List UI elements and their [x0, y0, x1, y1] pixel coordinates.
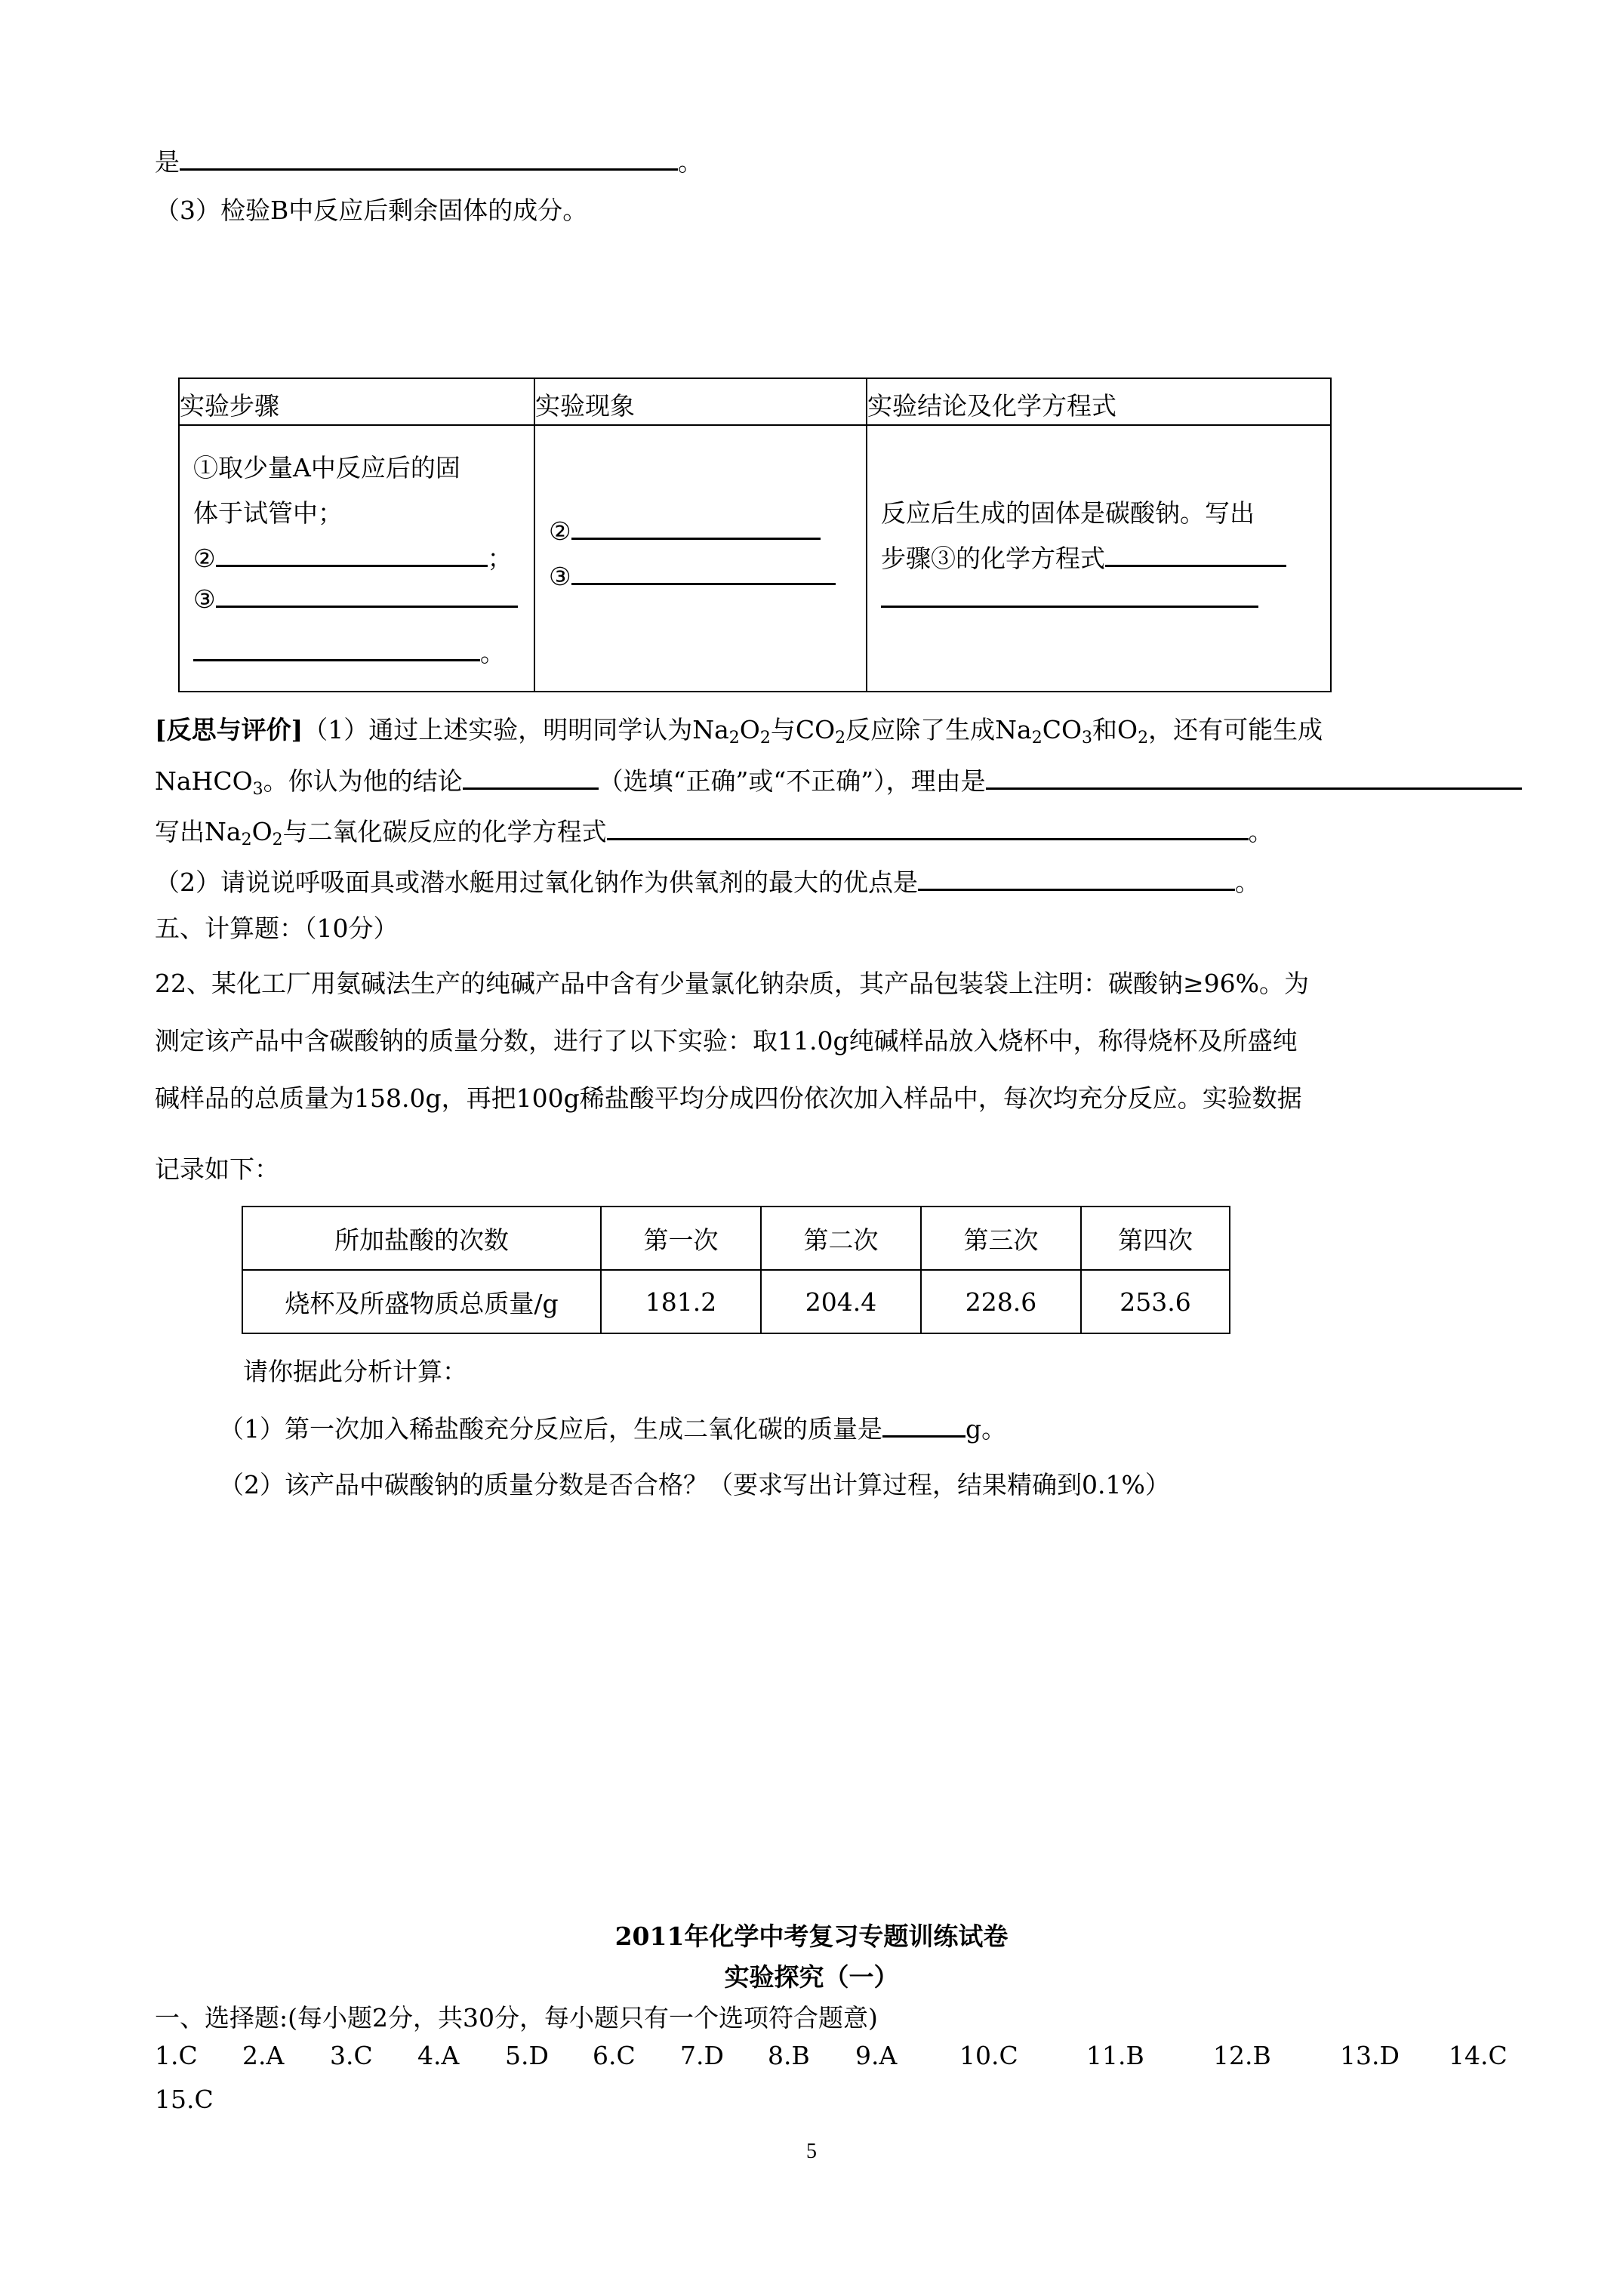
col-trial-1: 第一次 — [601, 1207, 761, 1270]
reaction-equation-blank[interactable] — [607, 837, 1249, 840]
conclusion-blank[interactable] — [463, 787, 599, 790]
steps-cell: ①取少量A中反应后的固 体于试管中； ②； ③ 。 — [179, 425, 534, 692]
mass-value: 204.4 — [761, 1270, 921, 1333]
phenomenon2-blank[interactable] — [571, 537, 821, 540]
problem-22-line-1: 22、某化工厂用氨碱法生产的纯碱产品中含有少量氯化钠杂质，其产品包装袋上注明：碳… — [155, 971, 1309, 996]
fill-blank[interactable] — [180, 168, 678, 171]
question-3: （3）检验B中反应后剩余固体的成分。 — [155, 198, 587, 223]
col-trial-3: 第三次 — [921, 1207, 1081, 1270]
step3-blank[interactable] — [216, 605, 518, 608]
reflection-line-3: 写出Na2O2与二氧化碳反应的化学方程式。 — [155, 819, 1273, 844]
analysis-q2: （2）该产品中碳酸钠的质量分数是否合格？（要求写出计算过程，结果精确到0.1%） — [219, 1472, 1170, 1497]
analysis-q1: （1）第一次加入稀盐酸充分反应后，生成二氧化碳的质量是g。 — [219, 1416, 1006, 1441]
page-number: 5 — [806, 2140, 817, 2164]
header-steps: 实验步骤 — [179, 378, 534, 425]
answer-line-continuation: 是。 — [155, 149, 703, 174]
advantage-blank[interactable] — [918, 888, 1235, 891]
answer-key-section-1: 一、选择题:(每小题2分，共30分，每小题只有一个选项符合题意) — [155, 2005, 878, 2030]
col-trial-2: 第二次 — [761, 1207, 921, 1270]
reason-blank[interactable] — [986, 787, 1522, 790]
problem-22-line-2: 测定该产品中含碳酸钠的质量分数，进行了以下实验：取11.0g纯碱样品放入烧杯中，… — [155, 1028, 1298, 1053]
mass-value: 228.6 — [921, 1270, 1081, 1333]
row-header-trial: 所加盐酸的次数 — [242, 1207, 601, 1270]
header-phenomena: 实验现象 — [534, 378, 867, 425]
section-5-title: 五、计算题：（10分） — [155, 916, 399, 941]
equation-blank-cont[interactable] — [881, 605, 1258, 608]
problem-22-line-4: 记录如下： — [155, 1157, 279, 1182]
reflection-line-1: [反思与评价]（1）通过上述实验，明明同学认为Na2O2与CO2反应除了生成Na… — [155, 717, 1323, 742]
row-header-mass: 烧杯及所盛物质总质量/g — [242, 1270, 601, 1333]
mass-value: 253.6 — [1081, 1270, 1230, 1333]
experiment-table: 实验步骤 实验现象 实验结论及化学方程式 ①取少量A中反应后的固 体于试管中； … — [178, 378, 1332, 692]
reflection-q2: （2）请说说呼吸面具或潜水艇用过氧化钠作为供氧剂的最大的优点是。 — [155, 870, 1260, 895]
reflection-line-2: NaHCO3。你认为他的结论（选填“正确”或“不正确”），理由是 — [155, 769, 1522, 794]
col-trial-4: 第四次 — [1081, 1207, 1230, 1270]
phenomena-cell: ② ③ — [534, 425, 867, 692]
problem-22-line-3: 碱样品的总质量为158.0g，再把100g稀盐酸平均分成四份依次加入样品中，每次… — [155, 1086, 1302, 1111]
step3-blank-cont[interactable] — [193, 658, 480, 661]
data-table: 所加盐酸的次数 第一次 第二次 第三次 第四次 烧杯及所盛物质总质量/g 181… — [242, 1206, 1230, 1334]
answer-list: 1.C2.A3.C4.A5.D6.C7.D8.B9.A10.C11.B12.B1… — [155, 2043, 1508, 2068]
co2-mass-blank[interactable] — [882, 1435, 965, 1438]
mass-value: 181.2 — [601, 1270, 761, 1333]
phenomenon3-blank[interactable] — [571, 582, 836, 585]
answer-key-title: 2011年化学中考复习专题训练试卷 — [0, 1924, 1623, 1949]
header-conclusion: 实验结论及化学方程式 — [867, 378, 1331, 425]
answer-15: 15.C — [155, 2087, 214, 2112]
equation-blank[interactable] — [1105, 564, 1286, 567]
answer-key-subtitle: 实验探究（一） — [0, 1965, 1623, 1989]
step2-blank[interactable] — [216, 564, 488, 567]
conclusion-cell: 反应后生成的固体是碳酸钠。写出 步骤③的化学方程式 — [867, 425, 1331, 692]
analysis-intro: 请你据此分析计算： — [243, 1359, 467, 1384]
